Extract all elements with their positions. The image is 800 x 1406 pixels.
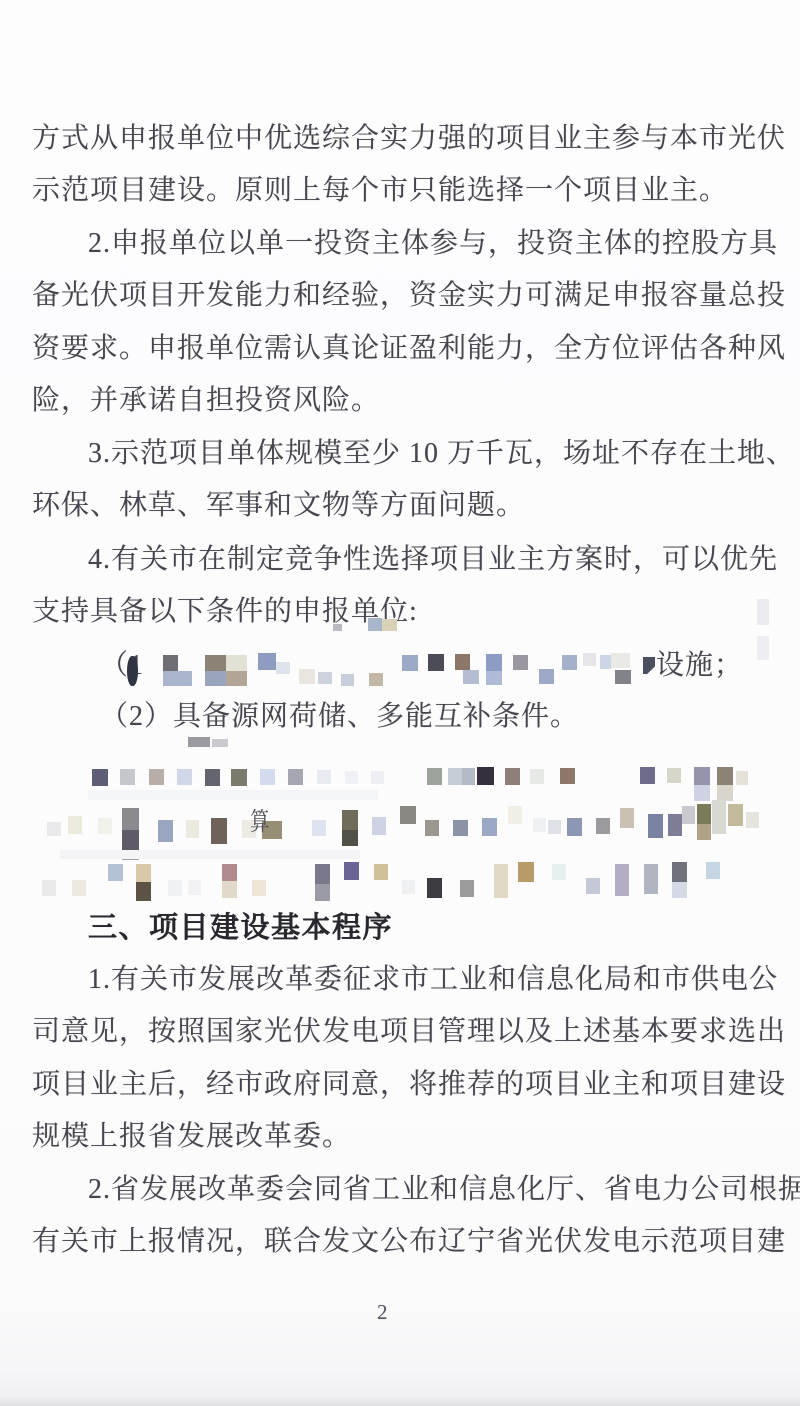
redaction-block — [226, 655, 247, 671]
redaction-block — [252, 880, 266, 896]
redaction-block — [222, 864, 237, 881]
redaction-block — [620, 808, 634, 828]
text-line: 险，并承诺自担投资风险。 — [32, 386, 380, 416]
redaction-block — [518, 862, 534, 882]
redaction-block — [226, 671, 247, 686]
redaction-block — [552, 864, 566, 880]
redaction-block — [382, 619, 397, 631]
redaction-block — [644, 864, 658, 894]
redaction-block — [640, 767, 655, 784]
redaction-block — [60, 850, 360, 859]
redaction-block — [158, 820, 173, 842]
redaction-block — [122, 830, 139, 850]
redaction-block — [694, 767, 710, 785]
redaction-block — [149, 769, 164, 785]
redaction-block — [374, 864, 388, 880]
redaction-block — [455, 654, 470, 670]
text-line: 支持具备以下条件的申报单位: — [32, 597, 418, 627]
scan-edge-shadow — [0, 1397, 800, 1406]
redaction-block — [448, 768, 462, 785]
redaction-block — [402, 880, 415, 894]
text-line: 司意见，按照国家光伏发电项目管理以及上述基本要求选出 — [32, 1017, 786, 1047]
redaction-block — [258, 653, 276, 670]
redaction-block — [530, 769, 544, 784]
redaction-block — [757, 599, 769, 625]
text-line: 2.申报单位以单一投资主体参与，投资主体的控股方具 — [88, 229, 778, 259]
redaction-block — [127, 656, 138, 686]
page-number: 2 — [377, 1297, 388, 1327]
redaction-block — [567, 818, 582, 836]
redaction-block — [583, 653, 596, 666]
redaction-block — [600, 655, 611, 669]
redaction-block — [163, 671, 192, 686]
redaction-block — [260, 769, 275, 785]
redaction-block — [586, 878, 600, 894]
redaction-block — [427, 878, 442, 898]
redaction-block — [369, 673, 383, 686]
redaction-block — [68, 816, 82, 834]
redaction-block — [136, 882, 151, 901]
redaction-block — [371, 771, 384, 784]
text-line: 有关市上报情况，联合发文公布辽宁省光伏发电示范项目建 — [32, 1227, 786, 1257]
redaction-block — [188, 880, 201, 895]
redaction-block — [188, 737, 210, 747]
redaction-block — [667, 768, 681, 783]
redaction-block — [342, 830, 358, 846]
text-line: 4.有关市在制定竞争性选择项目业主方案时，可以优先 — [88, 545, 778, 575]
redaction-block — [345, 771, 358, 784]
redaction-block — [477, 767, 494, 785]
text-line: 方式从申报单位中优选综合实力强的项目业主参与本市光伏 — [32, 124, 786, 154]
redaction-block — [672, 862, 687, 882]
redaction-block — [205, 671, 226, 686]
redaction-block — [596, 818, 610, 834]
redaction-block — [463, 670, 479, 684]
redaction-block — [315, 884, 330, 901]
redaction-block — [643, 657, 655, 674]
scanned-document-page: 方式从申报单位中优选综合实力强的项目业主参与本市光伏示范项目建设。原则上每个市只… — [0, 0, 800, 1406]
redaction-block — [372, 817, 386, 835]
redaction-block — [231, 769, 247, 786]
redaction-block — [706, 862, 720, 879]
redaction-block — [205, 655, 226, 671]
text-line: 规模上报省发展改革委。 — [32, 1122, 351, 1152]
redaction-block — [427, 768, 442, 785]
redaction-block — [122, 808, 139, 830]
text-line: 2.省发展改革委会同省工业和信息化厅、省电力公司根据 — [88, 1175, 800, 1205]
redaction-block — [486, 654, 502, 671]
redaction-block — [88, 790, 378, 800]
redaction-block — [482, 818, 497, 836]
text-line: 备光伏项目开发能力和经验，资金实力可满足申报容量总投 — [32, 281, 786, 311]
redaction-block — [486, 671, 502, 685]
redaction-block — [728, 804, 743, 826]
text-line: 示范项目建设。原则上每个市只能选择一个项目业主。 — [32, 176, 728, 206]
redaction-block — [697, 824, 711, 840]
redaction-block — [344, 862, 359, 880]
redaction-block — [211, 818, 227, 844]
redaction-block — [460, 880, 474, 897]
redaction-block — [505, 768, 520, 785]
redaction-block — [120, 769, 135, 785]
redaction-block — [453, 820, 468, 836]
redaction-block — [717, 767, 733, 785]
redaction-block — [402, 655, 418, 671]
redaction-block — [462, 768, 475, 785]
redaction-block — [615, 670, 631, 684]
redaction-block — [494, 864, 508, 898]
section-heading: 三、项目建设基本程序 — [88, 913, 393, 943]
redaction-block — [668, 814, 682, 836]
redaction-block — [168, 880, 182, 896]
text-line: 环保、林草、军事和文物等方面问题。 — [32, 491, 525, 521]
redaction-block — [333, 624, 342, 631]
redaction-block — [47, 822, 61, 836]
redaction-block — [712, 800, 726, 834]
redaction-block — [288, 769, 303, 785]
redaction-block — [312, 820, 326, 836]
text-line: 项目业主后，经市政府同意，将推荐的项目业主和项目建设 — [32, 1070, 786, 1100]
redaction-block — [539, 669, 554, 684]
text-line: 设施； — [656, 651, 743, 681]
redaction-block — [163, 655, 178, 671]
redaction-block — [368, 618, 382, 631]
partially-redacted-character: 算 — [250, 802, 270, 838]
redaction-block — [694, 785, 710, 801]
redaction-block — [299, 669, 315, 684]
redaction-block — [317, 770, 331, 784]
redaction-block — [318, 672, 332, 684]
redaction-block — [562, 655, 577, 670]
redaction-block — [222, 881, 237, 898]
redaction-block — [315, 864, 330, 884]
redaction-block — [72, 880, 86, 896]
redaction-block — [736, 771, 748, 785]
text-line: 资要求。申报单位需认真论证盈利能力，全方位评估各种风 — [32, 334, 786, 364]
redaction-block — [205, 769, 220, 786]
redaction-block — [513, 655, 528, 670]
redaction-block — [341, 674, 354, 686]
redaction-block — [682, 806, 695, 824]
redaction-block — [136, 864, 151, 882]
redaction-block — [746, 812, 759, 828]
redaction-block — [212, 739, 228, 747]
redaction-block — [98, 818, 112, 834]
redaction-block — [276, 662, 290, 674]
redaction-block — [611, 653, 630, 668]
redaction-block — [615, 864, 629, 896]
text-line: 3.示范项目单体规模至少 10 万千瓦，场址不存在土地、 — [88, 439, 795, 469]
text-line: （2）具备源网荷储、多能互补条件。 — [100, 702, 579, 732]
text-line: 1.有关市发展改革委征求市工业和信息化局和市供电公 — [88, 965, 778, 995]
redaction-block — [108, 864, 123, 881]
redaction-block — [42, 880, 56, 896]
redaction-block — [717, 785, 733, 801]
redaction-block — [548, 820, 561, 834]
redaction-block — [186, 820, 199, 838]
redaction-block — [92, 769, 108, 786]
redaction-block — [757, 636, 769, 660]
redaction-block — [560, 768, 575, 784]
redaction-block — [177, 769, 192, 785]
redaction-block — [425, 820, 439, 836]
redaction-block — [428, 654, 444, 671]
redaction-block — [342, 810, 358, 830]
redaction-block — [508, 806, 522, 824]
redaction-block — [672, 882, 687, 898]
redaction-block — [697, 804, 711, 824]
redaction-block — [648, 814, 663, 838]
redaction-block — [400, 806, 416, 824]
redaction-block — [533, 818, 546, 832]
